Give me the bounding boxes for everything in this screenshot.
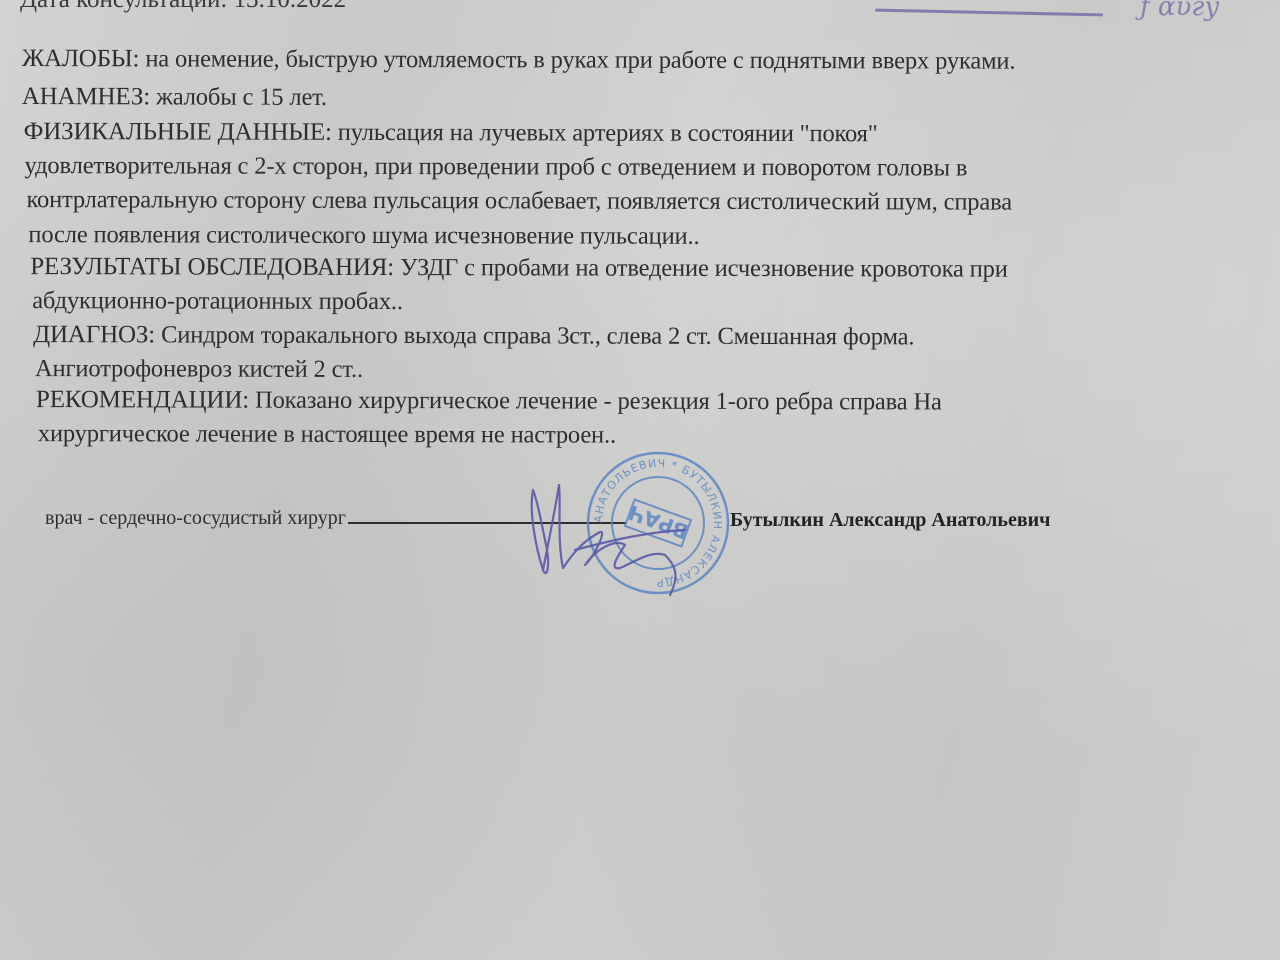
section-diagnosis-line: Ангиотрофоневроз кистей 2 ст.. <box>35 355 363 384</box>
doctor-name: Бутылкин Александр Анатольевич <box>730 509 1050 532</box>
section-text: Синдром торакального выхода справа 3ст.,… <box>161 321 914 350</box>
section-text: УЗДГ с пробами на отведение исчезновение… <box>400 254 1008 283</box>
handwritten-note-fragment: ƒ ɑυгу <box>1140 0 1219 22</box>
section-diagnosis: ДИАГНОЗ: Синдром торакального выхода спр… <box>33 321 914 351</box>
handwritten-underline <box>875 9 1103 17</box>
section-text: Показано хирургическое лечение - резекци… <box>255 387 942 416</box>
handwritten-signature-icon <box>515 470 755 600</box>
section-physical-data-line: после появления систолического шума исче… <box>28 221 699 251</box>
section-physical-data-line: контрлатеральную сторону слева пульсация… <box>26 186 1012 217</box>
section-recommendations-line: хирургическое лечение в настоящее время … <box>38 420 616 450</box>
section-label: АНАМНЕЗ: <box>22 83 150 110</box>
section-label: РЕЗУЛЬТАТЫ ОБСЛЕДОВАНИЯ: <box>30 253 394 281</box>
section-text: на онемение, быструю утомляемость в рука… <box>145 45 1015 74</box>
section-anamnesis: АНАМНЕЗ: жалобы с 15 лет. <box>22 83 327 112</box>
consultation-date-line: Дата консультации: 13.10.2022 <box>20 0 346 14</box>
section-exam-results: РЕЗУЛЬТАТЫ ОБСЛЕДОВАНИЯ: УЗДГ с пробами … <box>30 253 1007 284</box>
section-recommendations: РЕКОМЕНДАЦИИ: Показано хирургическое леч… <box>36 386 942 416</box>
doctor-position: врач - сердечно-сосудистый хирург <box>45 507 346 529</box>
section-label: ФИЗИКАЛЬНЫЕ ДАННЫЕ: <box>24 118 332 146</box>
section-exam-results-line: абдукционно-ротационных пробах.. <box>32 287 403 316</box>
section-text: пульсация на лучевых артериях в состояни… <box>338 119 878 147</box>
section-physical-data-line: удовлетворительная с 2-х сторон, при про… <box>25 152 968 182</box>
section-label: ДИАГНОЗ: <box>33 321 155 348</box>
section-complaints: ЖАЛОБЫ: на онемение, быструю утомляемост… <box>22 45 1016 76</box>
section-text: жалобы с 15 лет. <box>156 83 327 110</box>
section-label: ЖАЛОБЫ: <box>22 45 140 72</box>
section-label: РЕКОМЕНДАЦИИ: <box>36 386 249 414</box>
section-physical-data: ФИЗИКАЛЬНЫЕ ДАННЫЕ: пульсация на лучевых… <box>24 118 878 148</box>
